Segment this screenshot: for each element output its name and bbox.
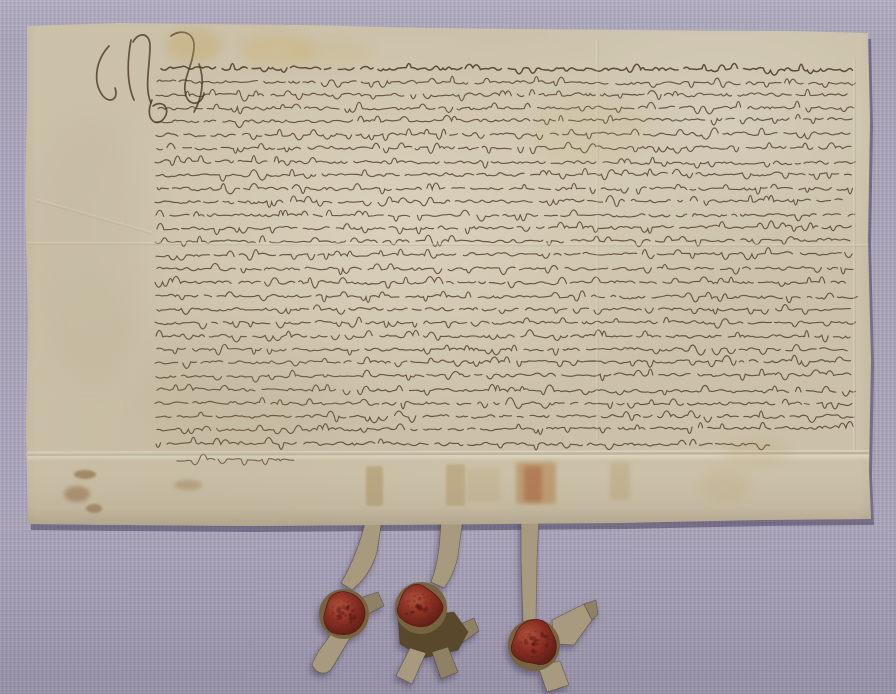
wax-texture-dot [541, 632, 543, 634]
mid-crease [27, 242, 871, 247]
manuscript-line [156, 89, 847, 101]
wax-texture-dot [547, 642, 549, 644]
wax-texture-dot [412, 611, 414, 613]
wax-texture-dot [519, 642, 521, 644]
wax-texture-dot [536, 642, 539, 645]
wax-texture-dot [531, 649, 535, 653]
center-vertical-crease [596, 40, 599, 440]
seal-tag [432, 647, 458, 679]
wax-texture-dot [425, 602, 427, 604]
seal-tag [341, 519, 382, 590]
wax-texture-dot [346, 608, 349, 611]
manuscript-line [156, 411, 854, 423]
wax-texture-dot [341, 611, 345, 615]
manuscript-line [157, 76, 855, 87]
wax-texture-dot [349, 613, 353, 617]
manuscript-line [156, 291, 857, 303]
manuscript-line [156, 330, 850, 342]
wax-texture-dot [351, 609, 355, 613]
manuscript-line [156, 169, 851, 182]
manuscript-line [156, 210, 855, 221]
wax-texture-dot [424, 607, 428, 611]
manuscript-line [155, 276, 849, 288]
manuscript-line [155, 114, 852, 127]
manuscript-line [158, 101, 854, 113]
wax-texture-dot [352, 617, 355, 620]
stain [293, 40, 373, 66]
manuscript-line [157, 305, 854, 315]
wax-texture-dot [538, 639, 541, 642]
manuscript-line [156, 369, 851, 382]
wax-highlight [517, 630, 536, 643]
manuscript-line [156, 128, 850, 141]
manuscript-line [157, 142, 855, 153]
left-diagonal-crease [36, 199, 152, 235]
manuscript-line [161, 64, 853, 76]
stain [30, 120, 150, 380]
wax-highlight [404, 593, 423, 606]
wax-texture-dot [344, 614, 347, 617]
wax-texture-dot [531, 642, 535, 646]
wax-texture-dot [405, 612, 408, 615]
manuscript-line [155, 195, 848, 207]
photo-frame [0, 0, 896, 694]
wax-texture-dot [544, 634, 549, 639]
wax-highlight [328, 599, 346, 611]
manuscript-line [156, 437, 777, 450]
seal-tag [396, 648, 426, 684]
manuscript-line [155, 317, 856, 329]
manuscript-line [155, 398, 852, 409]
wax-texture-dot [347, 605, 350, 608]
wax-texture-dot [349, 616, 353, 620]
wax-texture-dot [544, 643, 548, 647]
stain [166, 28, 222, 62]
manuscript-line [157, 422, 859, 435]
stain [240, 34, 314, 66]
seal-tag [431, 519, 463, 588]
manuscript-line [157, 263, 854, 274]
manuscript-line [157, 221, 851, 235]
stain [530, 96, 650, 166]
wax-texture-dot [332, 612, 334, 614]
seal-tag [521, 519, 539, 622]
manuscript-line [155, 156, 855, 168]
wax-texture-dot [548, 638, 550, 640]
manuscript-line [155, 235, 857, 246]
plica-fold [0, 452, 896, 526]
stain [140, 330, 360, 450]
manuscript-line [155, 355, 851, 368]
manuscript-line [157, 344, 847, 355]
manuscript-line [157, 183, 852, 194]
pendant-seal-1 [312, 519, 384, 673]
right-vertical-crease [853, 60, 856, 450]
manuscript-line [156, 248, 852, 260]
pendant-seal-3 [508, 519, 598, 692]
wax-texture-dot [531, 656, 533, 658]
manuscript-line [157, 384, 856, 396]
pendant-seal-2 [395, 519, 479, 684]
